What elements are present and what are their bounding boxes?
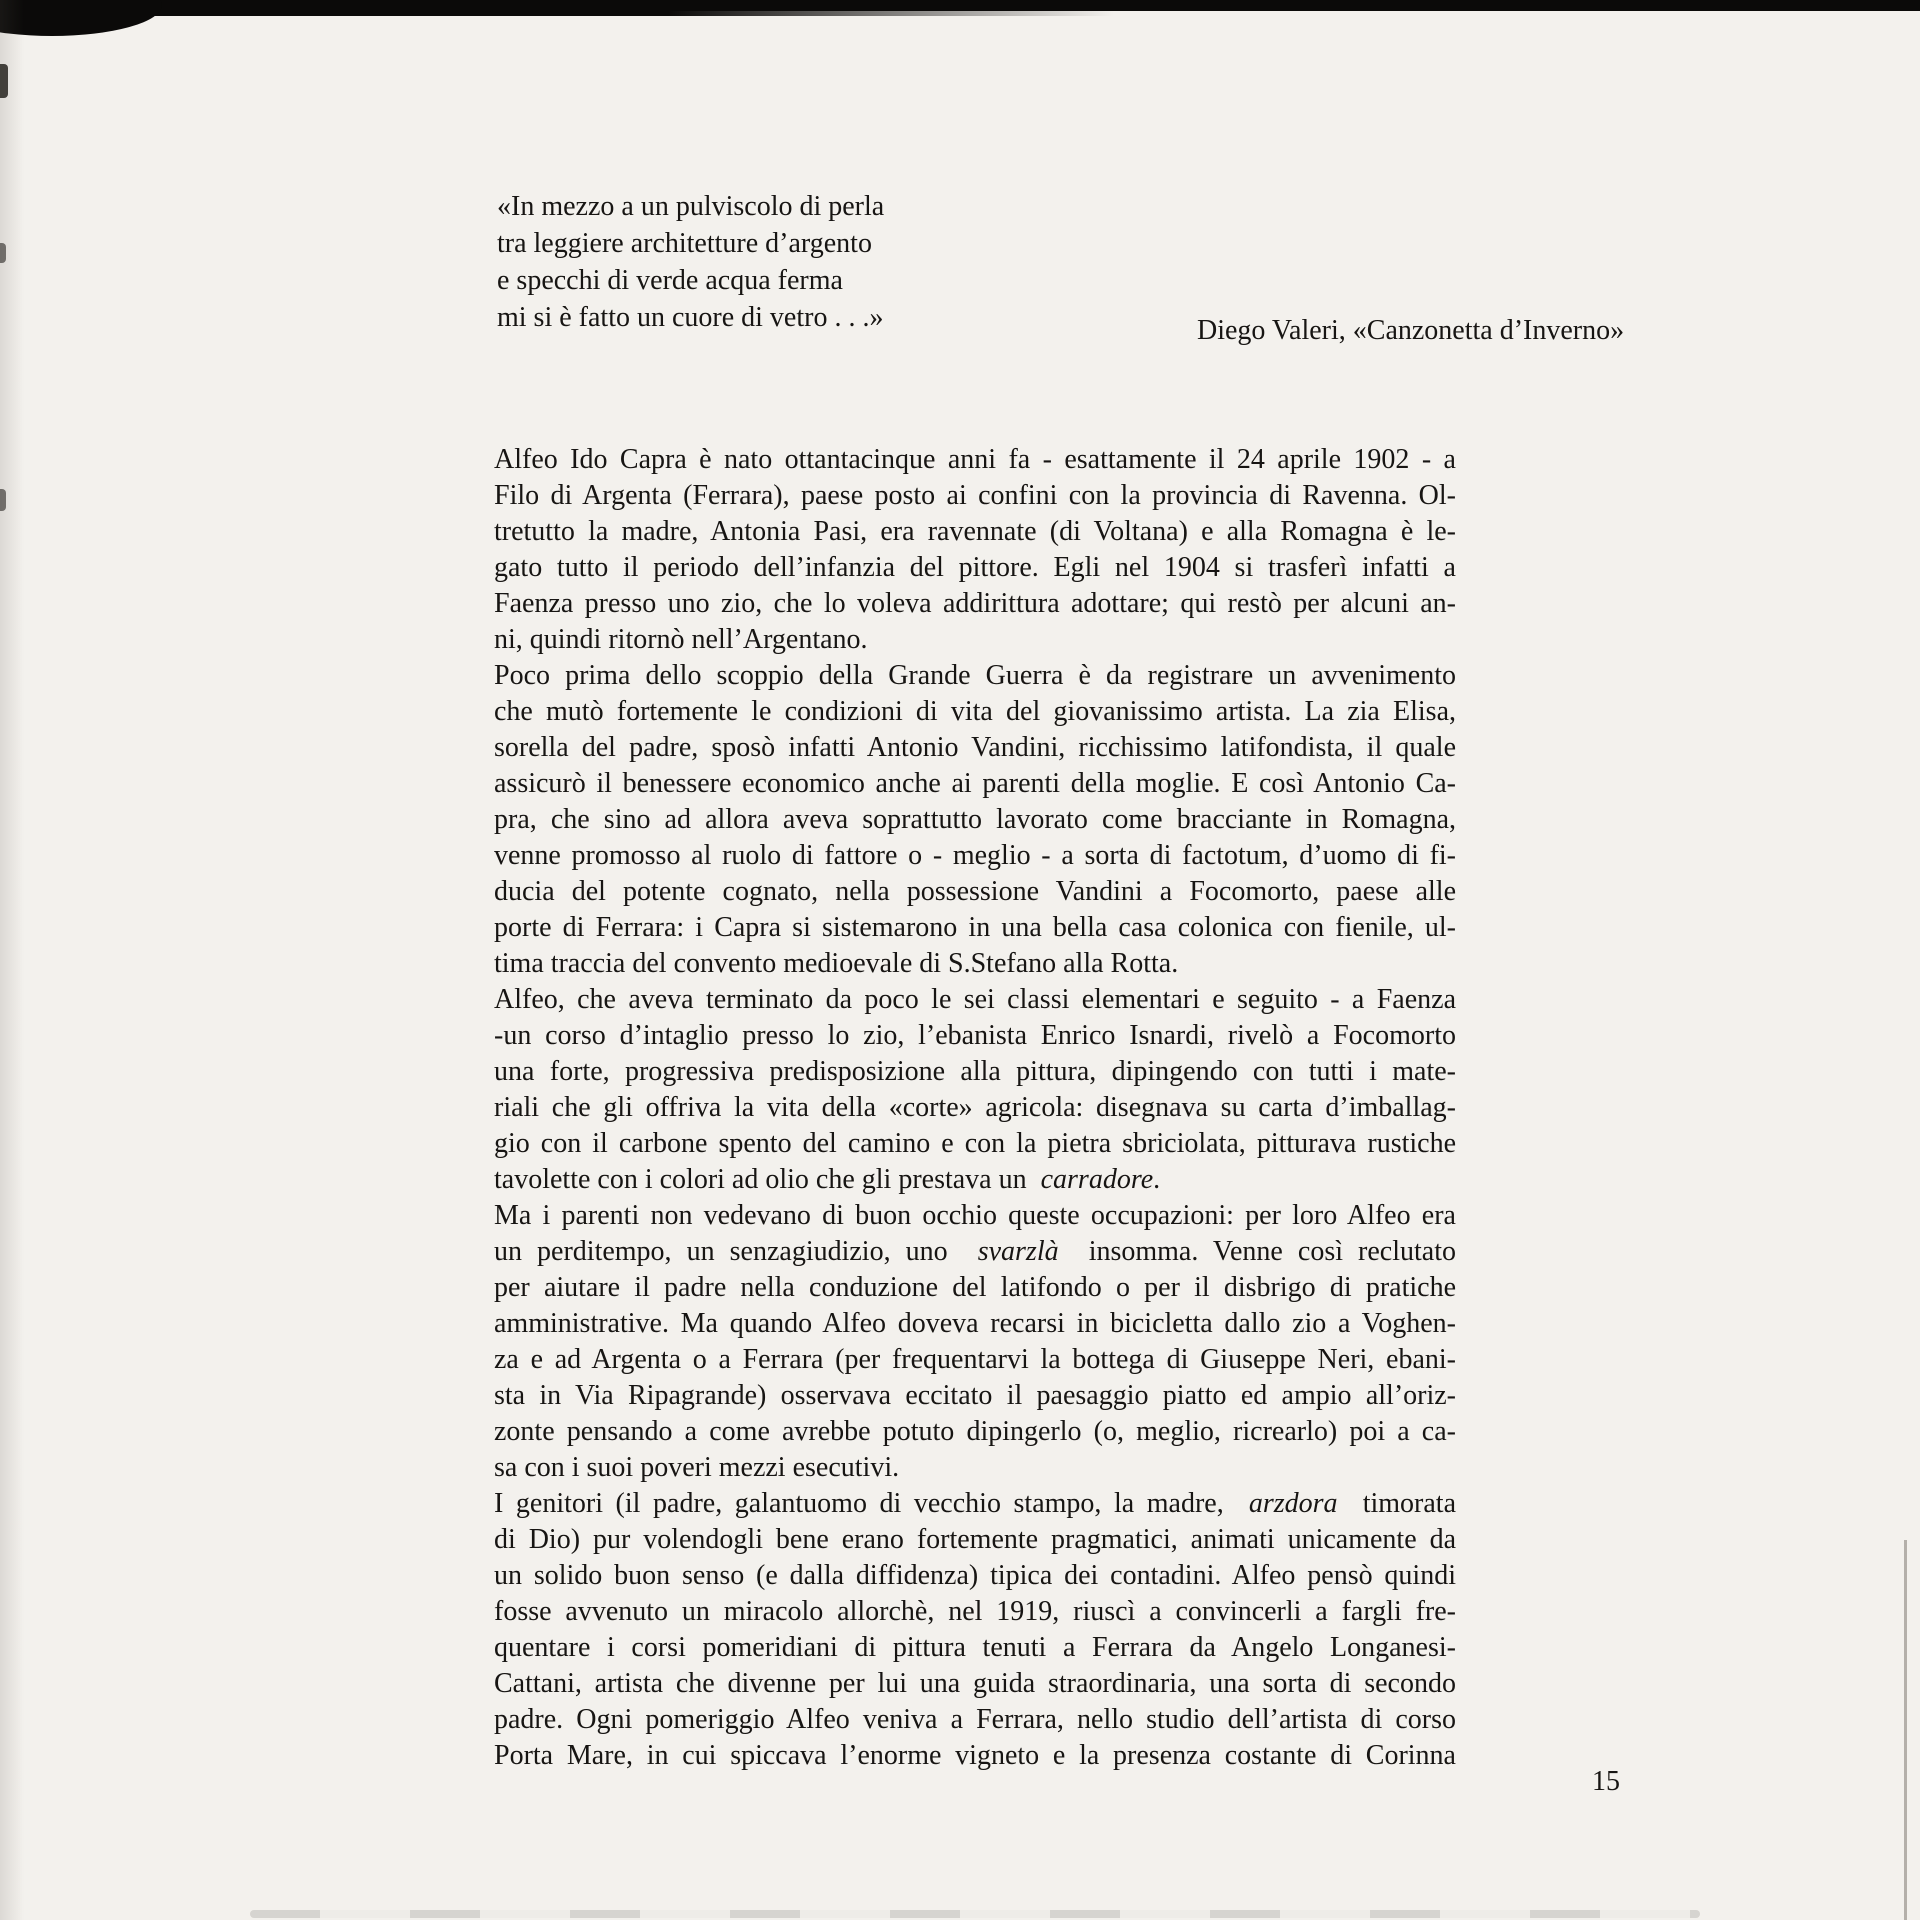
body-line: venne promosso al ruolo di fattore o - m… <box>494 838 1456 874</box>
body-line: quentare i corsi pomeridiani di pittura … <box>494 1630 1456 1666</box>
poem-quote: «In mezzo a un pulviscolo di perlatra le… <box>497 188 884 336</box>
body-line: tavolette con i colori ad olio che gli p… <box>494 1162 1456 1198</box>
quote-line: mi si è fatto un cuore di vetro . . .» <box>497 299 884 336</box>
body-line: Porta Mare, in cui spiccava l’enorme vig… <box>494 1738 1456 1774</box>
body-line: Cattani, artista che divenne per lui una… <box>494 1666 1456 1702</box>
body-line: Poco prima dello scoppio della Grande Gu… <box>494 658 1456 694</box>
body-line: sta in Via Ripagrande) osservava eccitat… <box>494 1378 1456 1414</box>
quote-attribution: Diego Valeri, «Canzonetta d’Inverno» <box>1197 315 1624 347</box>
body-line: gio con il carbone spento del camino e c… <box>494 1126 1456 1162</box>
body-line: padre. Ogni pomeriggio Alfeo veniva a Fe… <box>494 1702 1456 1738</box>
body-text: Alfeo Ido Capra è nato ottantacinque ann… <box>494 442 1456 1774</box>
quote-line: «In mezzo a un pulviscolo di perla <box>497 188 884 225</box>
body-line: porte di Ferrara: i Capra si sistemarono… <box>494 910 1456 946</box>
body-line: gato tutto il periodo dell’infanzia del … <box>494 550 1456 586</box>
body-line: per aiutare il padre nella conduzione de… <box>494 1270 1456 1306</box>
body-line: za e ad Argenta o a Ferrara (per frequen… <box>494 1342 1456 1378</box>
body-line: amministrative. Ma quando Alfeo doveva r… <box>494 1306 1456 1342</box>
body-line: zonte pensando a come avrebbe potuto dip… <box>494 1414 1456 1450</box>
body-line: Alfeo Ido Capra è nato ottantacinque ann… <box>494 442 1456 478</box>
body-line: di Dio) pur volendogli bene erano fortem… <box>494 1522 1456 1558</box>
body-line: I genitori (il padre, galantuomo di vecc… <box>494 1486 1456 1522</box>
body-line: un solido buon senso (e dalla diffidenza… <box>494 1558 1456 1594</box>
scan-corner-artifact <box>0 0 162 36</box>
body-line: tretutto la madre, Antonia Pasi, era rav… <box>494 514 1456 550</box>
quote-line: e specchi di verde acqua ferma <box>497 262 884 299</box>
quote-line: tra leggiere architetture d’argento <box>497 225 884 262</box>
page-number: 15 <box>1592 1766 1620 1798</box>
body-line: sorella del padre, sposò infatti Antonio… <box>494 730 1456 766</box>
body-line: -un corso d’intaglio presso lo zio, l’eb… <box>494 1018 1456 1054</box>
body-line: Filo di Argenta (Ferrara), paese posto a… <box>494 478 1456 514</box>
body-line: Ma i parenti non vedevano di buon occhio… <box>494 1198 1456 1234</box>
scan-edge-left <box>0 0 24 1920</box>
scan-speck <box>0 489 6 511</box>
body-line: una forte, progressiva predisposizione a… <box>494 1054 1456 1090</box>
scan-edge-top-taper <box>0 11 1114 16</box>
body-line: pra, che sino ad allora aveva soprattutt… <box>494 802 1456 838</box>
body-line: riali che gli offriva la vita della «cor… <box>494 1090 1456 1126</box>
body-line: che mutò fortemente le condizioni di vit… <box>494 694 1456 730</box>
scan-edge-bottom <box>250 1910 1700 1918</box>
body-line: fosse avvenuto un miracolo allorchè, nel… <box>494 1594 1456 1630</box>
scan-speck <box>0 243 6 263</box>
scan-speck <box>0 64 8 98</box>
body-line: tima traccia del convento medioevale di … <box>494 946 1456 982</box>
body-line: assicurò il benessere economico anche ai… <box>494 766 1456 802</box>
body-line: Alfeo, che aveva terminato da poco le se… <box>494 982 1456 1018</box>
scan-edge-right <box>1904 1540 1907 1920</box>
body-line: ducia del potente cognato, nella possess… <box>494 874 1456 910</box>
body-line: sa con i suoi poveri mezzi esecutivi. <box>494 1450 1456 1486</box>
book-page: «In mezzo a un pulviscolo di perlatra le… <box>0 0 1920 1920</box>
scan-edge-top <box>0 0 1920 11</box>
body-line: ni, quindi ritornò nell’Argentano. <box>494 622 1456 658</box>
body-line: un perditempo, un senzagiudizio, uno sva… <box>494 1234 1456 1270</box>
body-line: Faenza presso uno zio, che lo voleva add… <box>494 586 1456 622</box>
